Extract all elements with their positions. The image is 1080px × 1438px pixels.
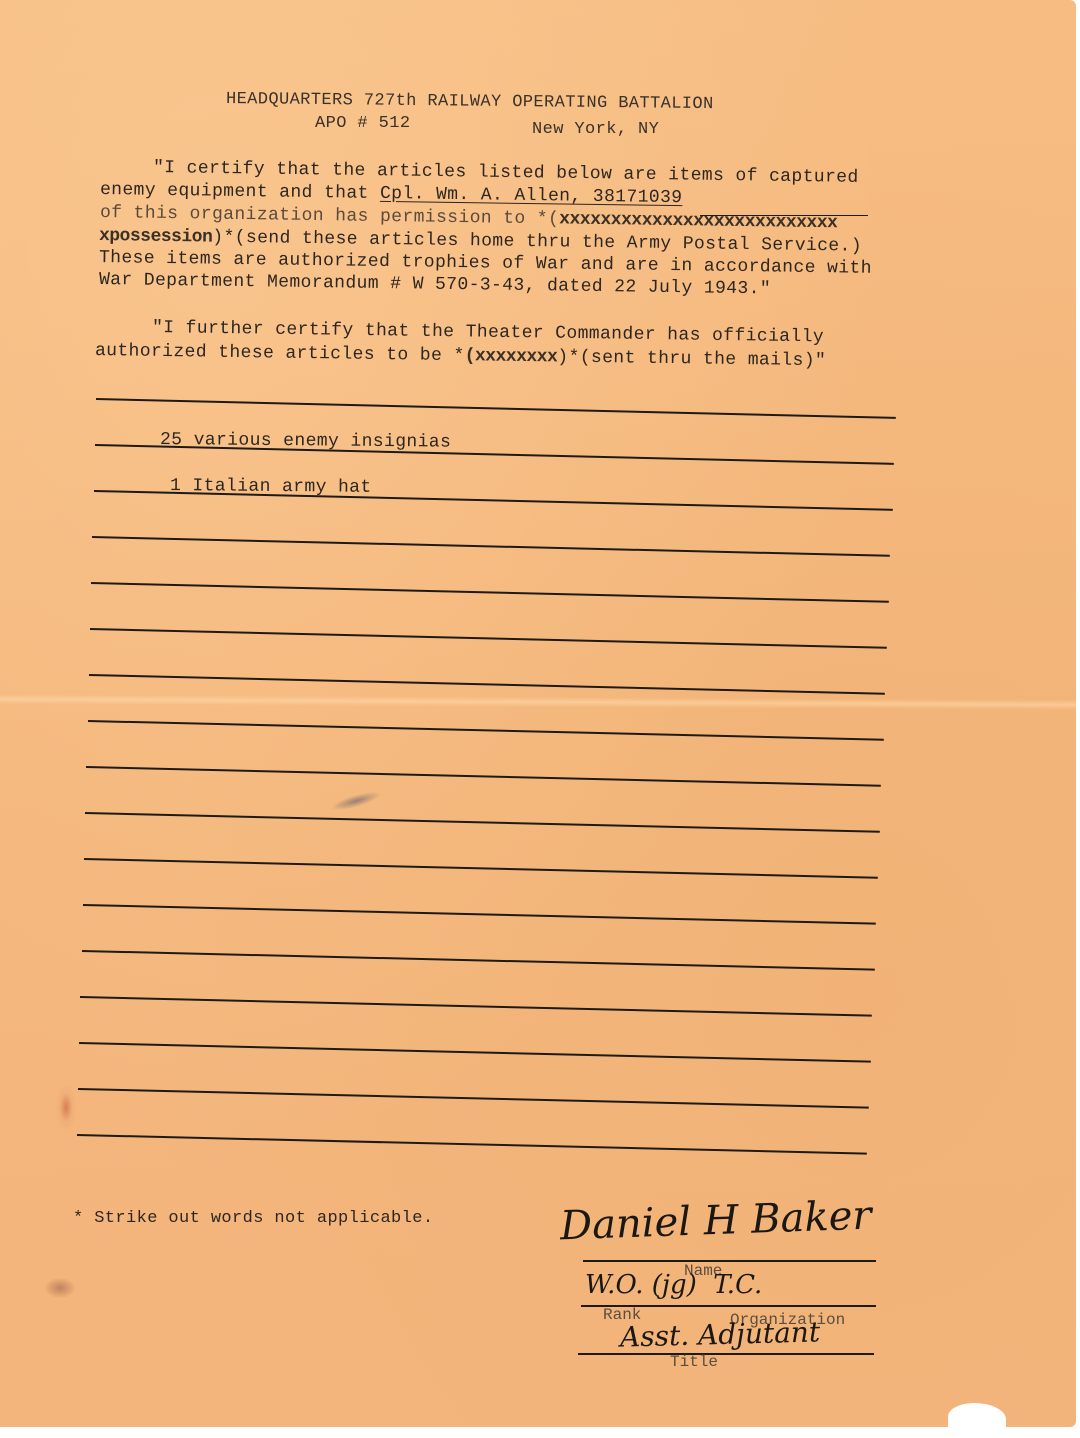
cert2-line2-suffix: )*(sent thru the mails)"	[557, 347, 826, 371]
ruled-line	[80, 996, 872, 1017]
struck-text: (xxxxxxxx	[464, 346, 557, 367]
struck-text: xxxxxxxxxxxxxxxxxxxxxxxxxxx	[559, 209, 837, 233]
paper-fold	[0, 694, 1076, 710]
title-line	[578, 1353, 874, 1355]
stain	[56, 1085, 76, 1130]
ruled-line	[78, 1088, 869, 1109]
ruled-line	[88, 720, 884, 741]
ruled-line	[77, 1134, 867, 1155]
header-location: New York, NY	[532, 120, 659, 139]
footnote: * Strike out words not applicable.	[73, 1209, 433, 1228]
stain	[45, 1278, 75, 1298]
ruled-line	[79, 1042, 871, 1063]
ruled-line	[84, 858, 878, 879]
ruled-line	[96, 398, 896, 419]
article-item: 25 various enemy insignias	[160, 430, 451, 453]
signature: Daniel H Baker	[559, 1193, 872, 1250]
cert2-line2-prefix: authorized these articles to be *	[95, 341, 465, 366]
ruled-line	[83, 904, 876, 925]
ruled-line	[85, 812, 880, 833]
header-apo: APO # 512	[315, 114, 410, 133]
title-label: Title	[670, 1353, 718, 1371]
document-page: HEADQUARTERS 727th RAILWAY OPERATING BAT…	[0, 0, 1076, 1427]
rank-org-value: W.O. (jg) T.C.	[585, 1270, 762, 1300]
ruled-line	[86, 766, 881, 787]
struck-text: xpossession	[99, 226, 213, 248]
soldier-name: Cpl. Wm. A. Allen, 38171039	[380, 184, 683, 208]
ruled-line	[92, 536, 890, 557]
ruled-line	[82, 950, 875, 971]
cert1-line3-prefix: of this organization has permission to *…	[100, 203, 560, 229]
smudge	[329, 788, 382, 814]
name-line	[583, 1260, 876, 1262]
torn-corner	[948, 1403, 1006, 1433]
cert1-line2-prefix: enemy equipment and that	[100, 180, 380, 204]
title-value: Asst. Adjutant	[620, 1315, 821, 1353]
ruled-line	[91, 582, 889, 603]
ruled-line	[90, 628, 887, 649]
article-item: 1 Italian army hat	[170, 476, 372, 498]
ruled-line	[89, 674, 885, 695]
header-unit: HEADQUARTERS 727th RAILWAY OPERATING BAT…	[226, 90, 714, 114]
